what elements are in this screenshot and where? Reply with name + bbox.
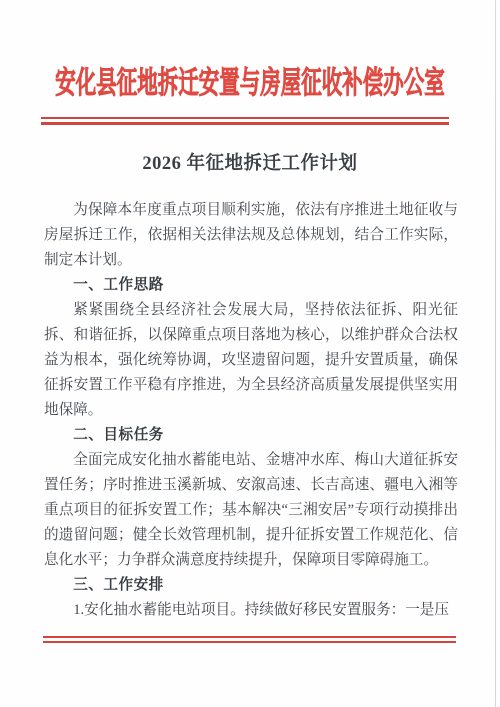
section-heading-work-arrangement: 三、工作安排 bbox=[44, 573, 458, 598]
paragraph-work-approach: 紧紧围绕全县经济社会发展大局，坚持依法征拆、阳光征拆、和谐征拆，以保障重点项目落… bbox=[44, 298, 458, 423]
paragraph-work-arrangement-truncated: 1.安化抽水蓄能电站项目。持续做好移民安置服务：一是压 bbox=[44, 598, 458, 623]
scanner-edge-artifact bbox=[495, 0, 497, 707]
paragraph-goals-tasks: 全面完成安化抽水蓄能电站、金塘冲水库、梅山大道征拆安置任务；序时推进玉溪新城、安… bbox=[44, 448, 458, 573]
section-heading-goals-tasks: 二、目标任务 bbox=[44, 423, 458, 448]
document-title: 2026 年征地拆迁工作计划 bbox=[0, 151, 500, 177]
footer-red-rule bbox=[43, 636, 456, 643]
paragraph-intro: 为保障本年度重点项目顺利实施，依法有序推进土地征收与房屋拆迁工作，依据相关法律法… bbox=[44, 198, 458, 273]
section-heading-work-approach: 一、工作思路 bbox=[44, 273, 458, 298]
letterhead-office-name: 安化县征地拆迁安置与房屋征收补偿办公室 bbox=[0, 48, 500, 120]
document-page: 安化县征地拆迁安置与房屋征收补偿办公室 2026 年征地拆迁工作计划 为保障本年… bbox=[0, 0, 500, 707]
document-body: 为保障本年度重点项目顺利实施，依法有序推进土地征收与房屋拆迁工作，依据相关法律法… bbox=[44, 198, 458, 623]
header-red-rule bbox=[41, 117, 449, 125]
